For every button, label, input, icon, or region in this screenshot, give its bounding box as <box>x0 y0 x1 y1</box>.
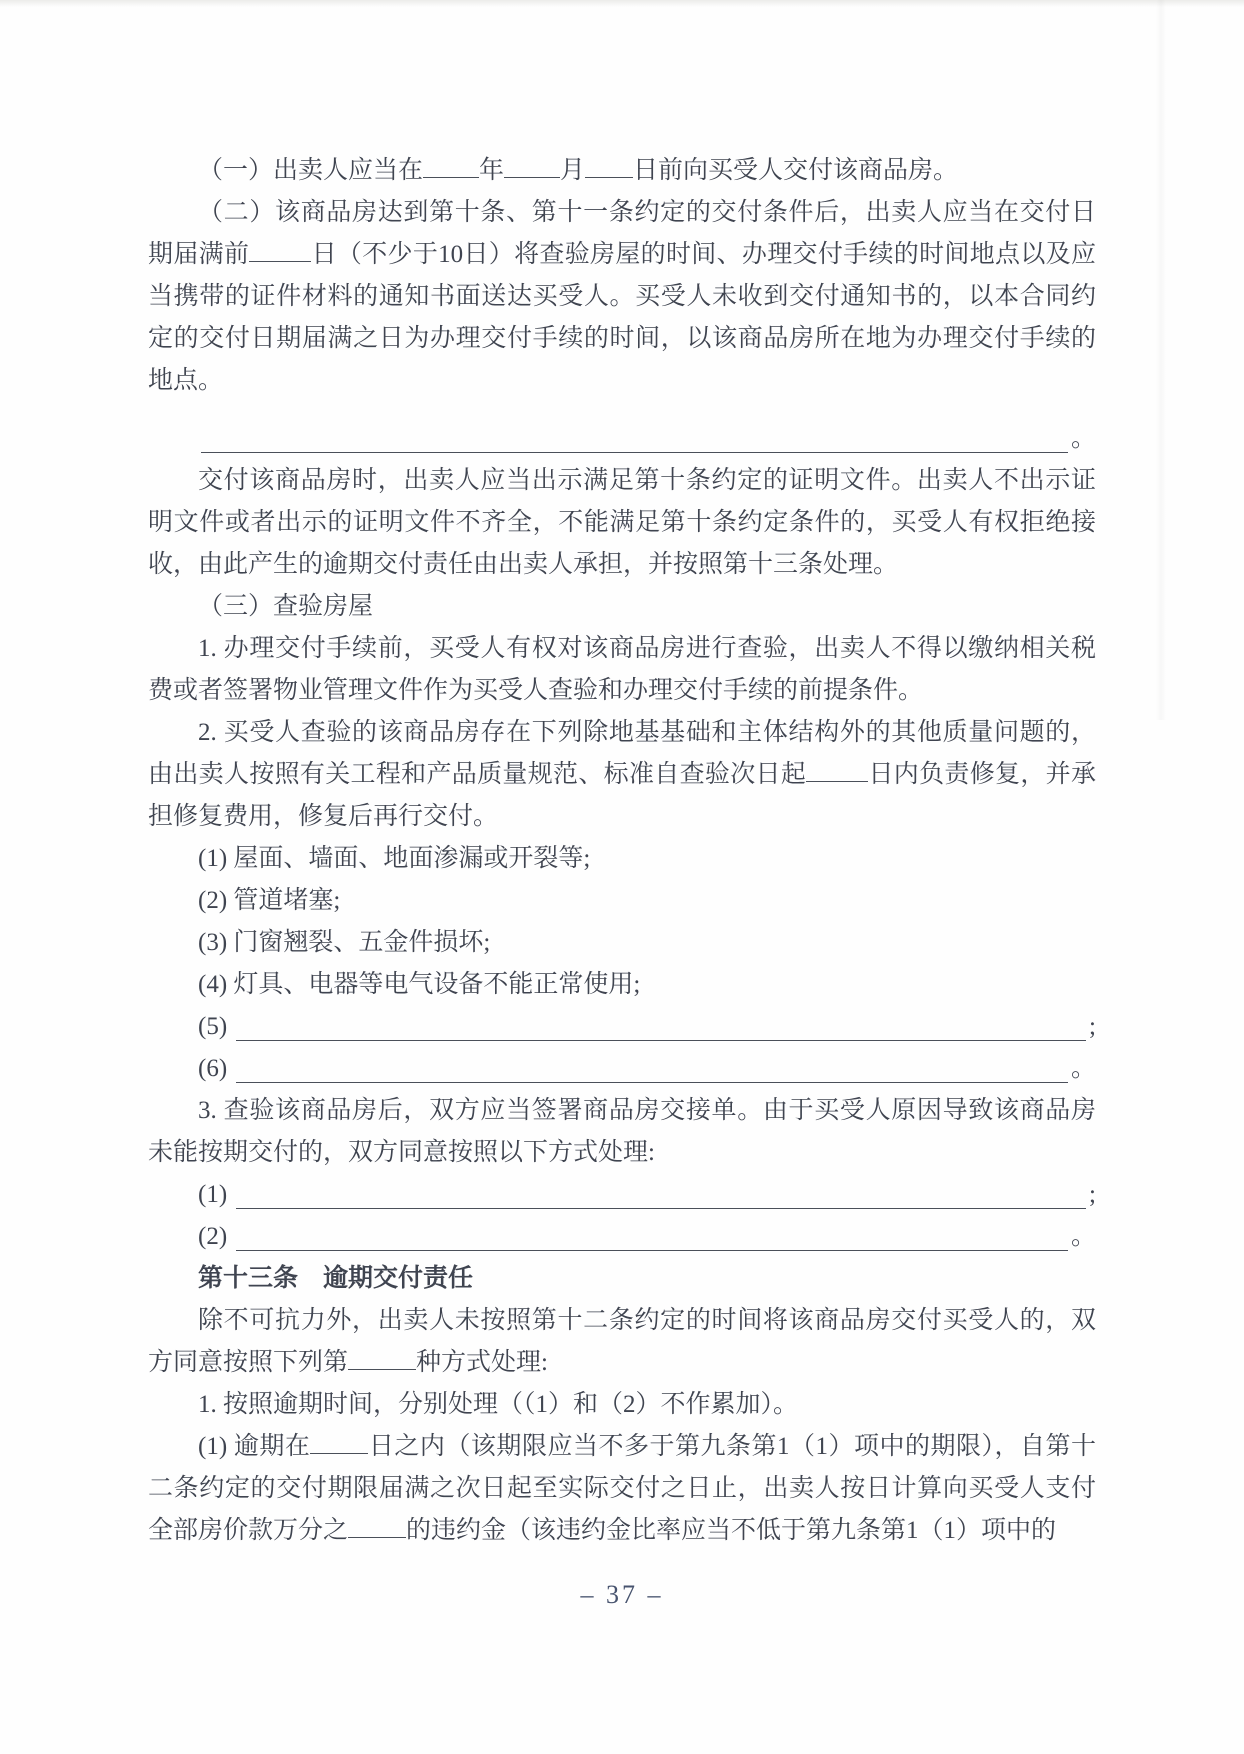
inline-blank <box>310 1439 368 1454</box>
blank-fill-line: 。 <box>148 418 1096 460</box>
list-marker: (6) <box>198 1048 233 1090</box>
text-run: 的违约金（该违约金比率应当不低于第九条第1（1）项中的 <box>406 1517 1056 1544</box>
inline-blank <box>348 1523 406 1538</box>
scan-edge-artifact <box>0 0 1244 7</box>
paragraph: 交付该商品房时，出卖人应当出示满足第十条约定的证明文件。出卖人不出示证明文件或者… <box>148 460 1096 586</box>
list-marker: (2) <box>198 1216 233 1258</box>
inline-blank <box>585 163 633 178</box>
paragraph: 3. 查验该商品房后，双方应当签署商品房交接单。由于买受人原因导致该商品房未能按… <box>148 1090 1096 1174</box>
blank-fill-line: (6) 。 <box>148 1048 1096 1090</box>
text-run: 3. 查验该商品房后，双方应当签署商品房交接单。由于买受人原因导致该商品房未能按… <box>148 1097 1096 1166</box>
paragraph: (2) 管道堵塞; <box>148 880 1096 922</box>
text-run: 除不可抗力外，出卖人未按照第十二条约定的时间将该商品房交付买受人的，双方同意按照… <box>148 1307 1096 1376</box>
text-run: 年 <box>479 157 504 184</box>
paragraph: 除不可抗力外，出卖人未按照第十二条约定的时间将该商品房交付买受人的，双方同意按照… <box>148 1300 1096 1384</box>
contract-page: （一）出卖人应当在年月日前向买受人交付该商品房。（二）该商品房达到第十条、第十一… <box>0 0 1244 1754</box>
page-number: – 37 – <box>0 1580 1244 1610</box>
scan-edge-artifact <box>1156 0 1166 720</box>
text-run: (3) 门窗翘裂、五金件损坏; <box>198 929 490 956</box>
inline-blank <box>504 163 560 178</box>
text-run: 日前向买受人交付该商品房。 <box>633 157 958 184</box>
line-end-punctuation: 。 <box>1071 1048 1096 1090</box>
section-heading: 第十三条 逾期交付责任 <box>148 1258 1096 1300</box>
inline-blank <box>806 767 868 782</box>
paragraph: (1) 逾期在日之内（该期限应当不多于第九条第1（1）项中的期限），自第十二条约… <box>148 1426 1096 1552</box>
line-end-punctuation: 。 <box>1071 1216 1096 1258</box>
inline-blank <box>423 163 479 178</box>
paragraph: (1) 屋面、墙面、地面渗漏或开裂等; <box>148 838 1096 880</box>
text-run: 日（不少于10日）将查验房屋的时间、办理交付手续的时间地点以及应当携带的证件材料… <box>148 241 1096 394</box>
text-run: 1. 按照逾期时间，分别处理（（1）和（2）不作累加）。 <box>198 1391 798 1418</box>
paragraph: (4) 灯具、电器等电气设备不能正常使用; <box>148 964 1096 1006</box>
inline-blank <box>249 247 311 262</box>
blank-underline <box>236 1250 1068 1251</box>
paragraph: 1. 办理交付手续前，买受人有权对该商品房进行查验，出卖人不得以缴纳相关税费或者… <box>148 628 1096 712</box>
text-run: 第十三条 逾期交付责任 <box>198 1265 473 1292</box>
text-run: 交付该商品房时，出卖人应当出示满足第十条约定的证明文件。出卖人不出示证明文件或者… <box>148 467 1096 578</box>
paragraph: 1. 按照逾期时间，分别处理（（1）和（2）不作累加）。 <box>148 1384 1096 1426</box>
paragraph: （二）该商品房达到第十条、第十一条约定的交付条件后，出卖人应当在交付日期届满前日… <box>148 192 1096 402</box>
list-marker: (1) <box>198 1174 233 1216</box>
paragraph: （三）查验房屋 <box>148 586 1096 628</box>
paragraph: 2. 买受人查验的该商品房存在下列除地基基础和主体结构外的其他质量问题的，由出卖… <box>148 712 1096 838</box>
contract-body: （一）出卖人应当在年月日前向买受人交付该商品房。（二）该商品房达到第十条、第十一… <box>148 150 1096 1552</box>
text-run: （三）查验房屋 <box>198 593 373 620</box>
blank-underline <box>236 1040 1086 1041</box>
paragraph: (3) 门窗翘裂、五金件损坏; <box>148 922 1096 964</box>
inline-blank <box>348 1355 416 1370</box>
line-end-punctuation: ; <box>1089 1006 1096 1048</box>
list-marker: (5) <box>198 1006 233 1048</box>
blank-underline <box>236 1208 1086 1209</box>
blank-fill-line: (2) 。 <box>148 1216 1096 1258</box>
text-run: (1) 逾期在 <box>198 1433 310 1460</box>
blank-underline <box>236 1082 1068 1083</box>
blank-fill-line: (5) ; <box>148 1006 1096 1048</box>
text-run: (4) 灯具、电器等电气设备不能正常使用; <box>198 971 640 998</box>
text-run: (1) 屋面、墙面、地面渗漏或开裂等; <box>198 845 590 872</box>
text-run: 1. 办理交付手续前，买受人有权对该商品房进行查验，出卖人不得以缴纳相关税费或者… <box>148 635 1096 704</box>
line-end-punctuation: 。 <box>1071 418 1096 460</box>
text-run: （一）出卖人应当在 <box>198 157 423 184</box>
text-run: 月 <box>560 157 585 184</box>
blank-underline <box>201 452 1068 453</box>
text-run: 种方式处理: <box>416 1349 548 1376</box>
blank-fill-line: (1) ; <box>148 1174 1096 1216</box>
text-run: (2) 管道堵塞; <box>198 887 340 914</box>
paragraph: （一）出卖人应当在年月日前向买受人交付该商品房。 <box>148 150 1096 192</box>
line-end-punctuation: ; <box>1089 1174 1096 1216</box>
